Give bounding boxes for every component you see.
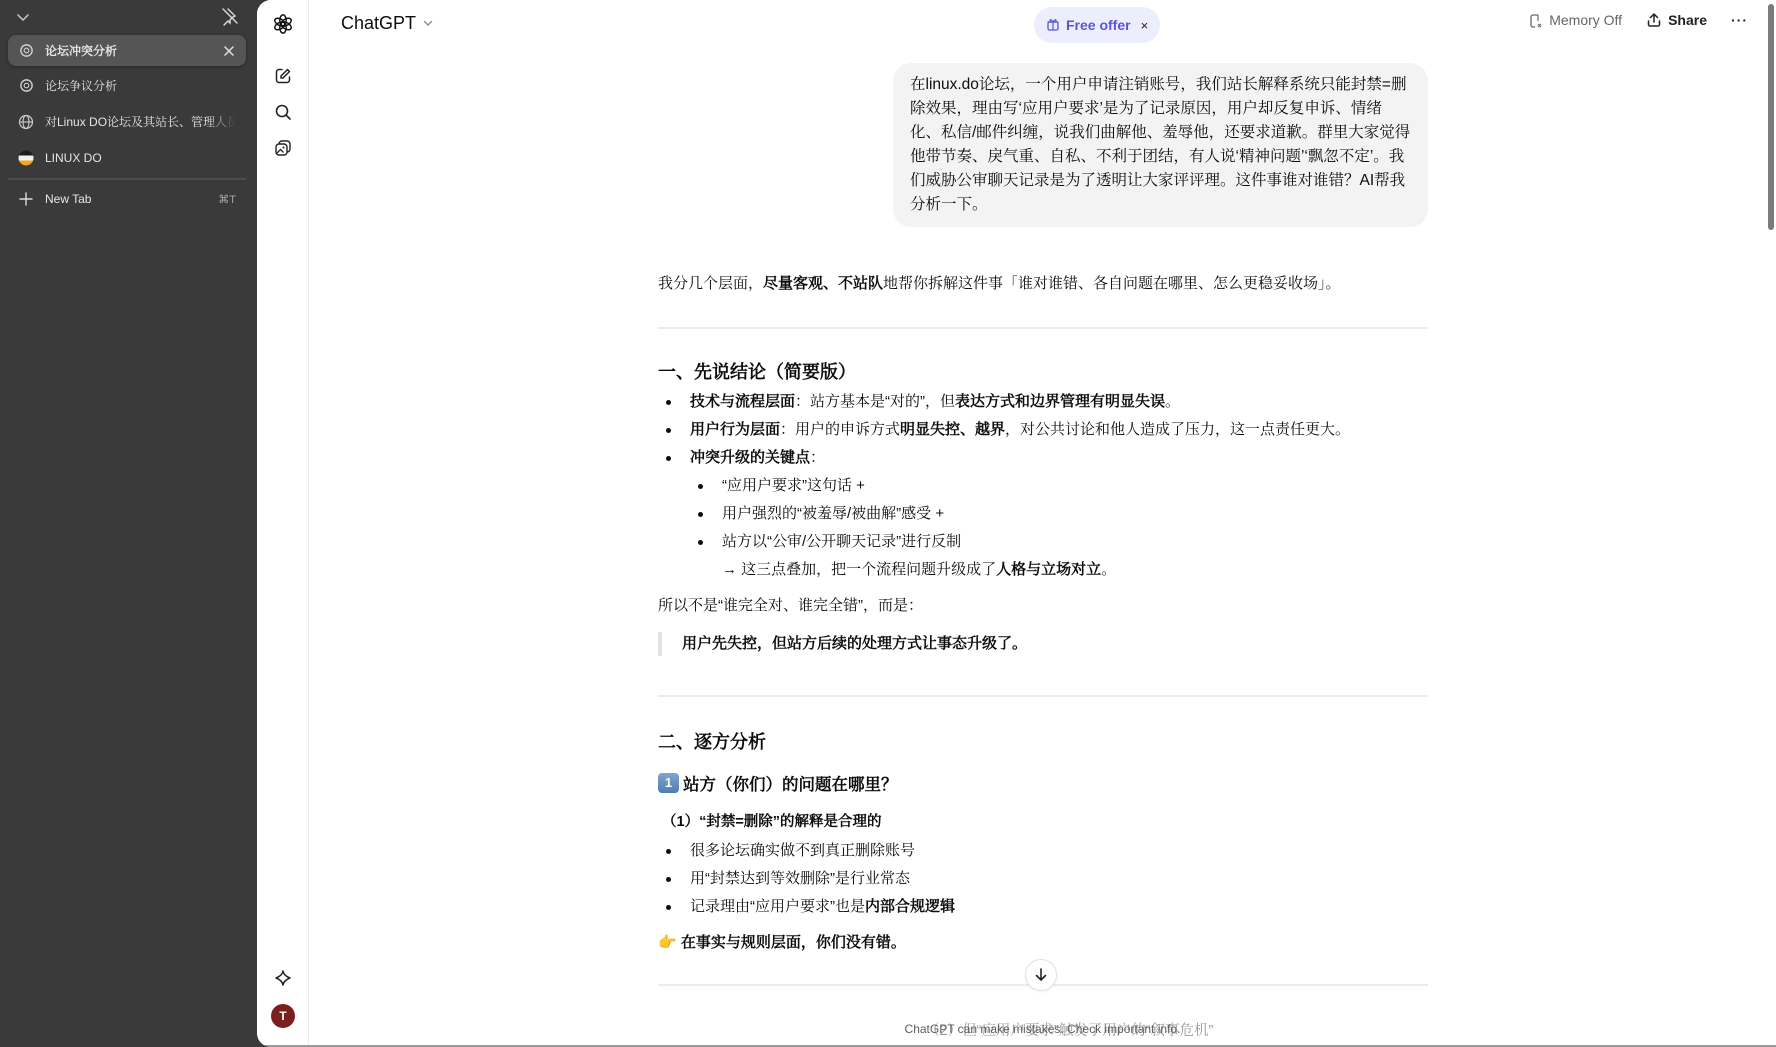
- assistant-intro: 我分几个层面，尽量客观、不站队地帮你拆解这件事「谁对谁错、各自问题在哪里、怎么更…: [658, 272, 1428, 296]
- new-tab-shortcut: ⌘T: [218, 193, 236, 206]
- sub-list-item: “应用户要求”这句话 +: [722, 474, 865, 498]
- tab-label: 论坛争议分析: [45, 77, 236, 94]
- browser-tab-sidebar: 论坛冲突分析 论坛争议分析 对Linux DO论坛及其站长、管理人员 LINUX…: [0, 0, 257, 1047]
- conclusion-text: 在事实与规则层面，你们没有错。: [681, 934, 906, 951]
- chevron-down-icon: [422, 13, 434, 34]
- list-item: 技术与流程层面：站方基本是“对的”，但表达方式和边界管理有明显失误。: [690, 390, 1180, 414]
- point-conclusion: 👉 在事实与规则层面，你们没有错。: [658, 931, 1428, 955]
- subsection-heading: 1 站方（你们）的问题在哪里？: [658, 771, 1428, 795]
- tab-divider: [8, 178, 246, 180]
- new-tab-button[interactable]: New Tab ⌘T: [8, 184, 246, 214]
- chatgpt-logo-icon[interactable]: [272, 13, 294, 35]
- share-label: Share: [1668, 12, 1707, 28]
- list-item: 记录理由“应用户要求”也是内部合规逻辑: [690, 895, 955, 919]
- tab-label: 对Linux DO论坛及其站长、管理人员: [45, 113, 236, 130]
- arrow-conclusion: → 这三点叠加，把一个流程问题升级成了人格与立场对立。: [722, 558, 1116, 582]
- unpin-icon[interactable]: [220, 6, 240, 26]
- plus-icon: [18, 191, 34, 207]
- pointing-hand-icon: 👉: [658, 934, 677, 951]
- model-selector[interactable]: ChatGPT: [341, 13, 434, 34]
- header-actions: Memory Off Share ···: [1529, 12, 1748, 28]
- close-tab-icon[interactable]: [222, 44, 236, 58]
- arrow-down-icon: [1033, 967, 1049, 983]
- browser-tab[interactable]: LINUX DO: [8, 142, 246, 173]
- intro-bold: 尽量客观、不站队: [763, 275, 883, 292]
- intro-text: 我分几个层面，: [658, 275, 763, 292]
- browser-tab-active[interactable]: 论坛冲突分析: [8, 35, 246, 66]
- new-chat-icon[interactable]: [272, 65, 294, 87]
- divider: [658, 695, 1428, 697]
- tab-label: LINUX DO: [45, 151, 236, 165]
- disclaimer: ChatGPT can make mistakes. Check importa…: [257, 1022, 1776, 1036]
- point-heading: （1）“封禁=删除”的解释是合理的: [662, 810, 1432, 831]
- intro-text: 地帮你拆解这件事「谁对谁错、各自问题在哪里、怎么更稳妥收场」。: [883, 275, 1341, 292]
- list-item: 用“封禁达到等效删除”是行业常态: [690, 867, 910, 891]
- icon-rail: T: [257, 0, 309, 1047]
- memory-status-label: Memory Off: [1549, 12, 1622, 28]
- blockquote: 用户先失控，但站方后续的处理方式让事态升级了。: [658, 632, 1428, 656]
- share-button[interactable]: Share: [1646, 12, 1707, 28]
- scroll-to-bottom-button[interactable]: [1025, 959, 1057, 991]
- linuxdo-logo-icon: [18, 150, 34, 166]
- subsection-title: 站方（你们）的问题在哪里？: [683, 771, 898, 795]
- list-item: 用户行为层面：用户的申诉方式明显失控、越界，对公共讨论和他人造成了压力，这一点责…: [690, 418, 1350, 442]
- globe-icon: [18, 114, 34, 130]
- conversation: 在linux.do论坛，一个用户申请注销账号，我们站长解释系统只能封禁=删除效果…: [658, 0, 1428, 1047]
- memory-status-button[interactable]: Memory Off: [1529, 12, 1622, 28]
- chevron-down-icon[interactable]: [14, 8, 32, 26]
- browser-window: 论坛冲突分析 论坛争议分析 对Linux DO论坛及其站长、管理人员 LINUX…: [0, 0, 1776, 1047]
- list-item: 冲突升级的关键点：: [690, 446, 825, 470]
- browser-tab[interactable]: 论坛争议分析: [8, 70, 246, 101]
- user-message: 在linux.do论坛，一个用户申请注销账号，我们站长解释系统只能封禁=删除效果…: [893, 63, 1428, 227]
- new-tab-label: New Tab: [45, 192, 91, 206]
- chatgpt-icon: [18, 43, 34, 59]
- chatgpt-page: T ChatGPT Free offer × Memory Off: [257, 0, 1776, 1047]
- so-line: 所以不是“谁完全对、谁完全错”，而是：: [658, 594, 1428, 618]
- sub-list-item: 用户强烈的“被羞辱/被曲解”感受 +: [722, 502, 944, 526]
- sub-list-item: 站方以“公审/公开聊天记录”进行反制: [722, 530, 961, 554]
- list-item: 很多论坛确实做不到真正删除账号: [690, 839, 915, 863]
- chatgpt-icon: [18, 78, 34, 94]
- search-icon[interactable]: [272, 101, 294, 123]
- model-name: ChatGPT: [341, 13, 416, 34]
- tab-label: 论坛冲突分析: [45, 42, 222, 59]
- scrollbar[interactable]: [1768, 4, 1774, 230]
- divider: [658, 327, 1428, 329]
- more-options-icon[interactable]: ···: [1731, 12, 1748, 28]
- section-heading: 二、逐方分析: [658, 728, 1428, 754]
- library-images-icon[interactable]: [272, 137, 294, 159]
- browser-tab[interactable]: 对Linux DO论坛及其站长、管理人员: [8, 106, 246, 137]
- keycap-one-icon: 1: [658, 773, 679, 793]
- section-heading: 一、先说结论（简要版）: [658, 358, 1428, 384]
- sparkle-icon[interactable]: [272, 967, 294, 989]
